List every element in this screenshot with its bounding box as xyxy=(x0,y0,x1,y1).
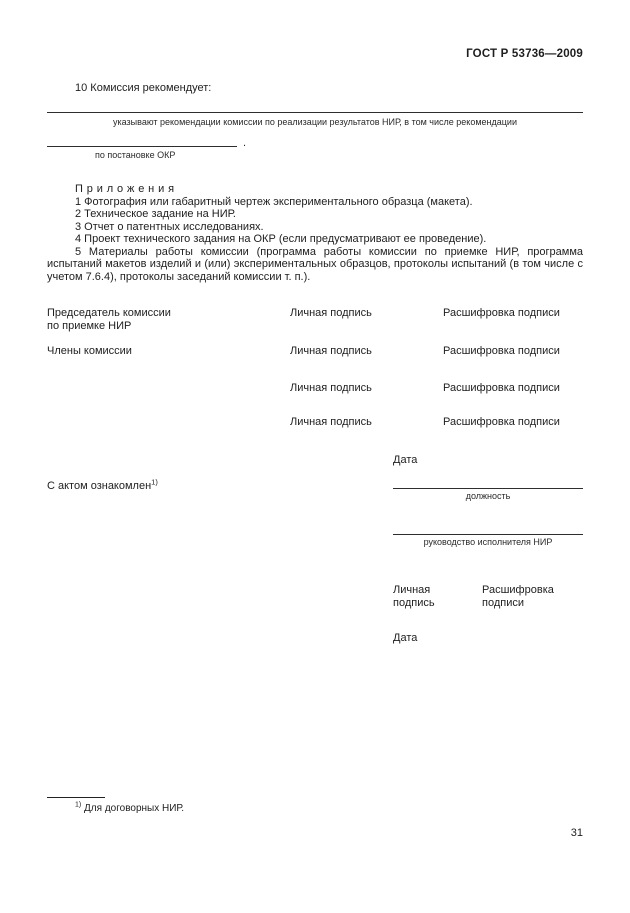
personal-signature-label: Личная подпись xyxy=(290,345,372,358)
fill-in-line-caption: указывают рекомендации комиссии по реали… xyxy=(47,117,583,127)
sentence-period: . xyxy=(243,137,246,149)
signer-role: Члены комиссии xyxy=(47,345,132,358)
signer-role: Председатель комиссии по приемке НИР xyxy=(47,307,171,332)
acknowledgement-label: С актом ознакомлен1) xyxy=(47,480,158,493)
fill-in-line-short xyxy=(47,146,237,147)
signature-transcript-label: Расшифровка подписи xyxy=(443,345,560,358)
management-caption: руководство исполнителя НИР xyxy=(393,537,583,547)
appendix-item-1: 1 Фотография или габаритный чертеж экспе… xyxy=(47,196,583,209)
footnote-reference-mark: 1) xyxy=(151,477,158,486)
date-label: Дата xyxy=(393,454,417,467)
signature-transcript-label: Расшифровка подписи xyxy=(443,382,560,395)
personal-signature-label: Личная подпись xyxy=(290,416,372,429)
footnote: 1) Для договорных НИР. xyxy=(75,803,184,814)
document-page: ГОСТ Р 53736—2009 10 Комиссия рекомендуе… xyxy=(0,0,630,913)
signature-transcript-label: Расшифровка подписи xyxy=(443,416,560,429)
management-fill-line xyxy=(393,534,583,535)
position-fill-line xyxy=(393,488,583,489)
fill-in-line-caption-okr: по постановке ОКР xyxy=(95,150,175,160)
footnote-text: Для договорных НИР. xyxy=(81,803,184,814)
section-10-heading: 10 Комиссия рекомендует: xyxy=(75,82,211,95)
date-label: Дата xyxy=(393,632,417,645)
signature-transcript-label: Расшифровка подписи xyxy=(443,307,560,320)
appendix-heading: П р и л о ж е н и я xyxy=(75,183,583,196)
position-caption: должность xyxy=(393,491,583,501)
appendix-item-3: 3 Отчет о патентных исследованиях. xyxy=(47,221,583,234)
appendix-item-4: 4 Проект технического задания на ОКР (ес… xyxy=(47,233,583,246)
footnote-separator-rule xyxy=(47,797,105,798)
acknowledgement-text: С актом ознакомлен xyxy=(47,480,151,492)
appendix-item-5: 5 Материалы работы комиссии (программа р… xyxy=(47,246,583,284)
personal-signature-label: Личная подпись xyxy=(290,307,372,320)
personal-signature-label: Личная подпись xyxy=(290,382,372,395)
standard-number-header: ГОСТ Р 53736—2009 xyxy=(0,48,583,60)
personal-signature-label: Личная подпись xyxy=(393,584,435,610)
appendix-item-2: 2 Техническое задание на НИР. xyxy=(47,208,583,221)
fill-in-line-long xyxy=(47,112,583,113)
appendix-block: П р и л о ж е н и я 1 Фотография или габ… xyxy=(47,183,583,283)
page-number: 31 xyxy=(0,827,583,839)
signature-transcript-label: Расшифровка подписи xyxy=(482,584,554,610)
